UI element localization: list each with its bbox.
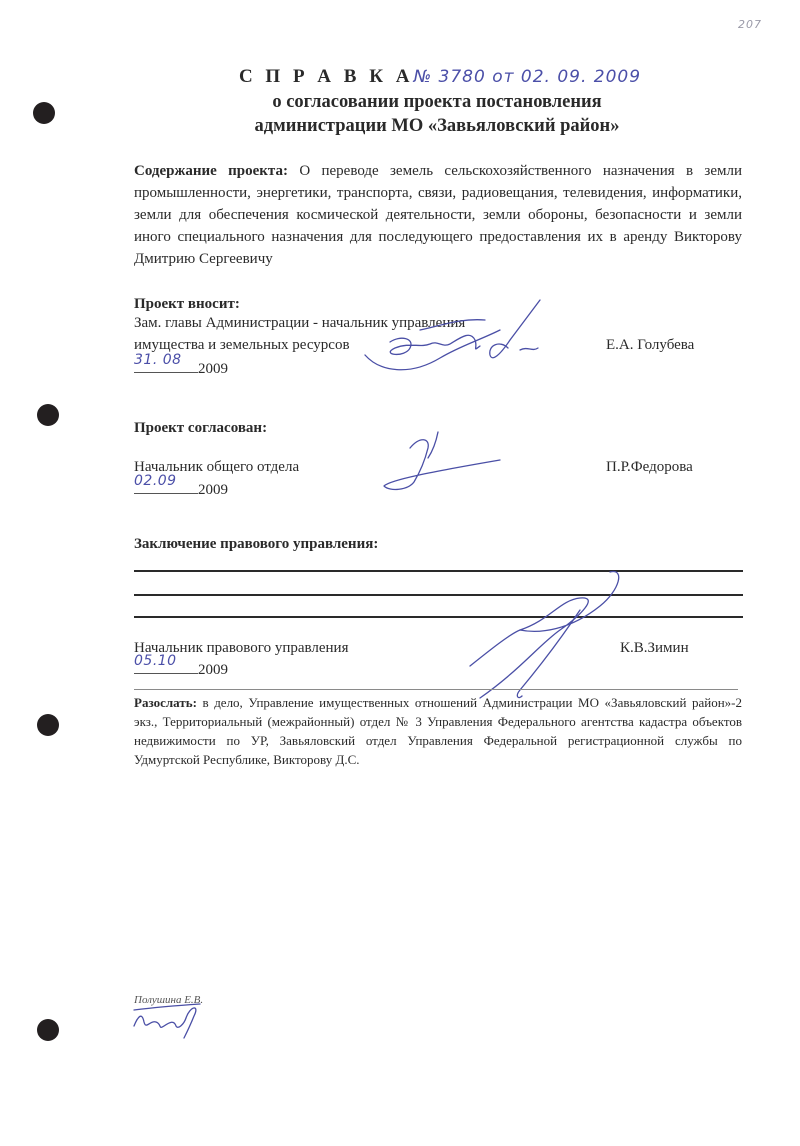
signature-executor bbox=[130, 1000, 210, 1040]
project-content: Содержание проекта: О переводе земель се… bbox=[134, 160, 742, 270]
distribution-text: в дело, Управление имущественных отношен… bbox=[134, 695, 742, 767]
submitter-date: 31. 082009 bbox=[134, 356, 228, 380]
distribution-label: Разослать: bbox=[134, 695, 197, 710]
punch-hole bbox=[37, 404, 59, 426]
content-label: Содержание проекта: bbox=[134, 163, 288, 179]
distribution-list: Разослать: в дело, Управление имуществен… bbox=[134, 693, 742, 769]
approver-name: П.Р.Федорова bbox=[606, 456, 693, 478]
submitter-name: Е.А. Голубева bbox=[606, 334, 694, 356]
subtitle-line-2: администрации МО «Завьяловский район» bbox=[0, 116, 800, 137]
registration-number: № 3780 от 02. 09. 2009 bbox=[413, 67, 641, 87]
approver-date: 02.092009 bbox=[134, 477, 228, 501]
legal-date: 05.102009 bbox=[134, 657, 228, 681]
document-title: С П Р А В К А№ 3780 от 02. 09. 2009 bbox=[0, 66, 800, 88]
subtitle-line-1: о согласовании проекта постановления bbox=[0, 92, 800, 113]
punch-hole bbox=[37, 714, 59, 736]
title-text: С П Р А В К А bbox=[239, 66, 414, 87]
approved-heading: Проект согласован: bbox=[134, 420, 267, 437]
date-blank: 05.10 bbox=[134, 657, 198, 674]
page-number: 207 bbox=[738, 18, 762, 31]
legal-heading: Заключение правового управления: bbox=[134, 536, 378, 553]
signature-golubeva bbox=[360, 300, 560, 380]
signature-fedorova bbox=[370, 428, 510, 498]
divider bbox=[134, 689, 738, 690]
submitted-heading: Проект вносит: bbox=[134, 296, 240, 313]
punch-hole bbox=[37, 1019, 59, 1041]
date-blank: 31. 08 bbox=[134, 356, 198, 373]
date-blank: 02.09 bbox=[134, 477, 198, 494]
